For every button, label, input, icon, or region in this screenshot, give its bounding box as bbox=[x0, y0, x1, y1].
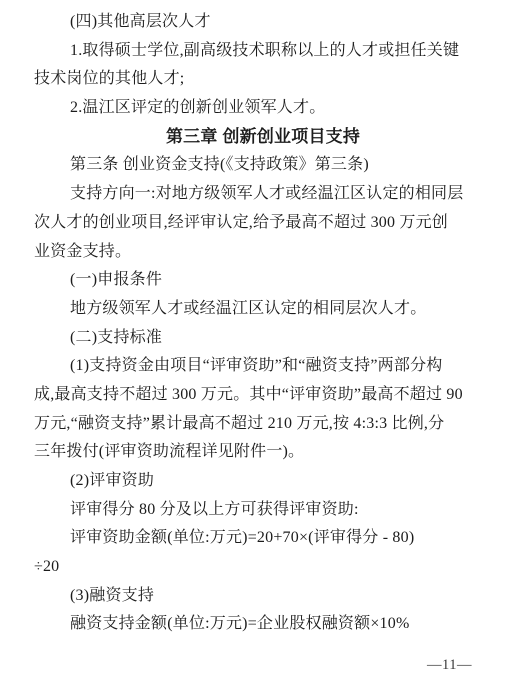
text-line: 地方级领军人才或经温江区认定的相同层次人才。 bbox=[34, 295, 492, 324]
section-title: (二)支持标准 bbox=[34, 324, 492, 353]
document-body: (四)其他高层次人才 1.取得硕士学位,副高级技术职称以上的人才或担任关键 技术… bbox=[34, 8, 492, 639]
text-line: 技术岗位的其他人才; bbox=[34, 65, 492, 94]
text-line: 支持方向一:对地方级领军人才或经温江区认定的相同层 bbox=[34, 180, 492, 209]
page-number: —11— bbox=[427, 656, 472, 674]
formula-line: 评审资助金额(单位:万元)=20+70×(评审得分 - 80) bbox=[34, 524, 492, 553]
section-title: (2)评审资助 bbox=[34, 467, 492, 496]
text-line: 万元,“融资支持”累计最高不超过 210 万元,按 4:3:3 比例,分 bbox=[34, 410, 492, 439]
section-title: (3)融资支持 bbox=[34, 582, 492, 611]
text-line: 业资金支持。 bbox=[34, 238, 492, 267]
formula-line: 融资支持金额(单位:万元)=企业股权融资额×10% bbox=[34, 610, 492, 639]
section-title: (一)申报条件 bbox=[34, 266, 492, 295]
chapter-heading: 第三章 创新创业项目支持 bbox=[34, 123, 492, 152]
text-line: 1.取得硕士学位,副高级技术职称以上的人才或担任关键 bbox=[34, 37, 492, 66]
text-line: 成,最高支持不超过 300 万元。其中“评审资助”最高不超过 90 bbox=[34, 381, 492, 410]
article-title: 第三条 创业资金支持(《支持政策》第三条) bbox=[34, 151, 492, 180]
text-line: 三年拨付(评审资助流程详见附件一)。 bbox=[34, 438, 492, 467]
text-line: (四)其他高层次人才 bbox=[34, 8, 492, 37]
formula-line: ÷20 bbox=[34, 553, 492, 582]
text-line: 2.温江区评定的创新创业领军人才。 bbox=[34, 94, 492, 123]
text-line: 评审得分 80 分及以上方可获得评审资助: bbox=[34, 496, 492, 525]
document-page: (四)其他高层次人才 1.取得硕士学位,副高级技术职称以上的人才或担任关键 技术… bbox=[0, 0, 530, 689]
text-line: (1)支持资金由项目“评审资助”和“融资支持”两部分构 bbox=[34, 352, 492, 381]
text-line: 次人才的创业项目,经评审认定,给予最高不超过 300 万元创 bbox=[34, 209, 492, 238]
